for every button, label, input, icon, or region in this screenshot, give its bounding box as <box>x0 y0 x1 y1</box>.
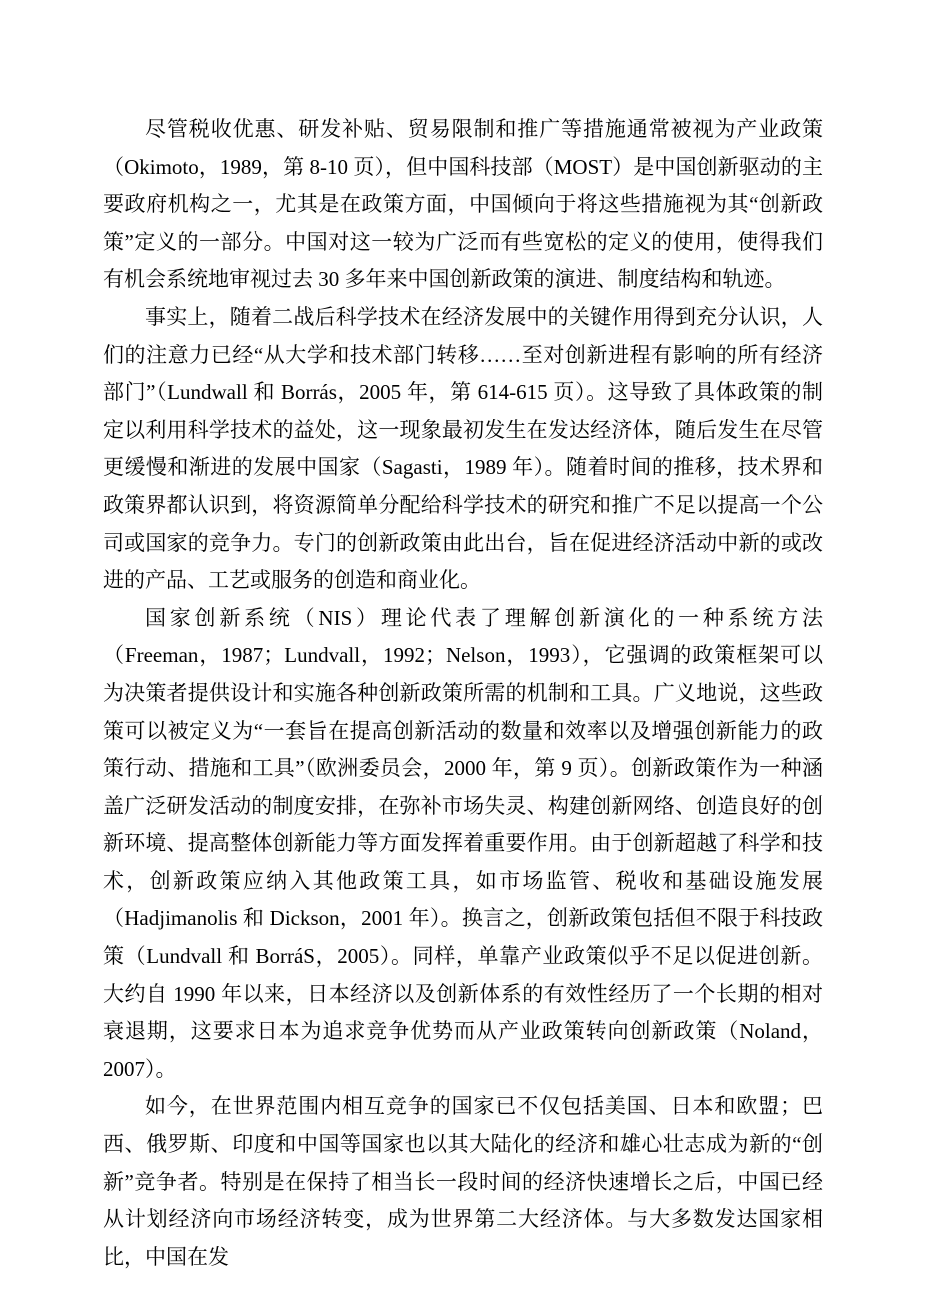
document-body: 尽管税收优惠、研发补贴、贸易限制和推广等措施通常被视为产业政策（Okimoto，… <box>103 111 823 1276</box>
paragraph-nis-theory: 国家创新系统（NIS）理论代表了理解创新演化的一种系统方法（Freeman，19… <box>103 600 823 1089</box>
paragraph-global-innovation-competition: 如今，在世界范围内相互竞争的国家已不仅包括美国、日本和欧盟；巴西、俄罗斯、印度和… <box>103 1088 823 1276</box>
document-page: 尽管税收优惠、研发补贴、贸易限制和推广等措施通常被视为产业政策（Okimoto，… <box>0 0 926 1309</box>
paragraph-postwar-science-attention: 事实上，随着二战后科学技术在经济发展中的关键作用得到充分认识，人们的注意力已经“… <box>103 299 823 600</box>
paragraph-industrial-policy-definition: 尽管税收优惠、研发补贴、贸易限制和推广等措施通常被视为产业政策（Okimoto，… <box>103 111 823 299</box>
